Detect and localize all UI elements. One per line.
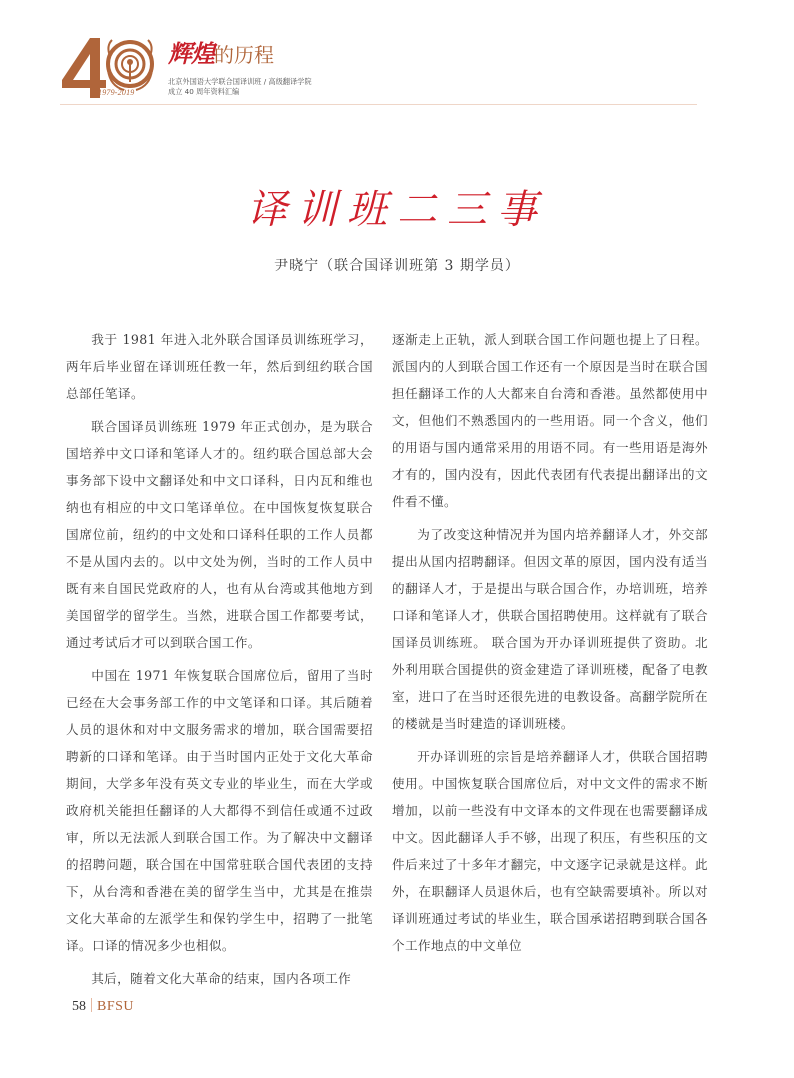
paragraph: 开办译训班的宗旨是培养翻译人才，供联合国招聘使用。中国恢复联合国席位后，对中文文… (392, 743, 708, 959)
brand-subtitle-line1: 北京外国语大学联合国译训班 / 高级翻译学院 (168, 77, 312, 87)
brand-subtitle: 北京外国语大学联合国译训班 / 高级翻译学院 成立 40 周年资料汇编 (168, 77, 312, 97)
article-title: 译训班二三事 (0, 186, 794, 234)
article-byline: 尹晓宁（联合国译训班第 3 期学员） (0, 256, 794, 276)
header-divider (60, 104, 697, 105)
brand-title-calligraphy: 辉煌 (168, 39, 214, 68)
page-number: 58 (72, 999, 86, 1014)
paragraph: 其后，随着文化大革命的结束，国内各项工作 (66, 965, 373, 992)
paragraph: 为了改变这种情况并为国内培养翻译人才，外交部提出从国内招聘翻译。但因文革的原因，… (392, 521, 708, 737)
paragraph-continuation: 逐渐走上正轨，派人到联合国工作问题也提上了日程。派国内的人到联合国工作还有一个原… (392, 326, 708, 515)
body-column-left: 我于 1981 年进入北外联合国译员训练班学习，两年后毕业留在译训班任教一年，然… (66, 326, 373, 998)
paragraph: 中国在 1971 年恢复联合国席位后，留用了当时已经在大会事务部工作的中文笔译和… (66, 662, 373, 959)
logo-years: 1979-2019 (98, 88, 134, 97)
page-header: 1979-2019 辉煌的历程 北京外国语大学联合国译训班 / 高级翻译学院 成… (60, 28, 700, 106)
brand-subtitle-line2: 成立 40 周年资料汇编 (168, 87, 312, 97)
brand-title-rest: 的历程 (214, 43, 274, 67)
body-column-right: 逐渐走上正轨，派人到联合国工作问题也提上了日程。派国内的人到联合国工作还有一个原… (392, 326, 708, 965)
brand-title: 辉煌的历程 (168, 40, 274, 69)
page-footer: 58BFSU (72, 998, 134, 1015)
publication-name: BFSU (97, 999, 134, 1014)
paragraph: 联合国译员训练班 1979 年正式创办，是为联合国培养中文口译和笔译人才的。纽约… (66, 413, 373, 656)
footer-divider (91, 998, 92, 1012)
paragraph: 我于 1981 年进入北外联合国译员训练班学习，两年后毕业留在译训班任教一年，然… (66, 326, 373, 407)
